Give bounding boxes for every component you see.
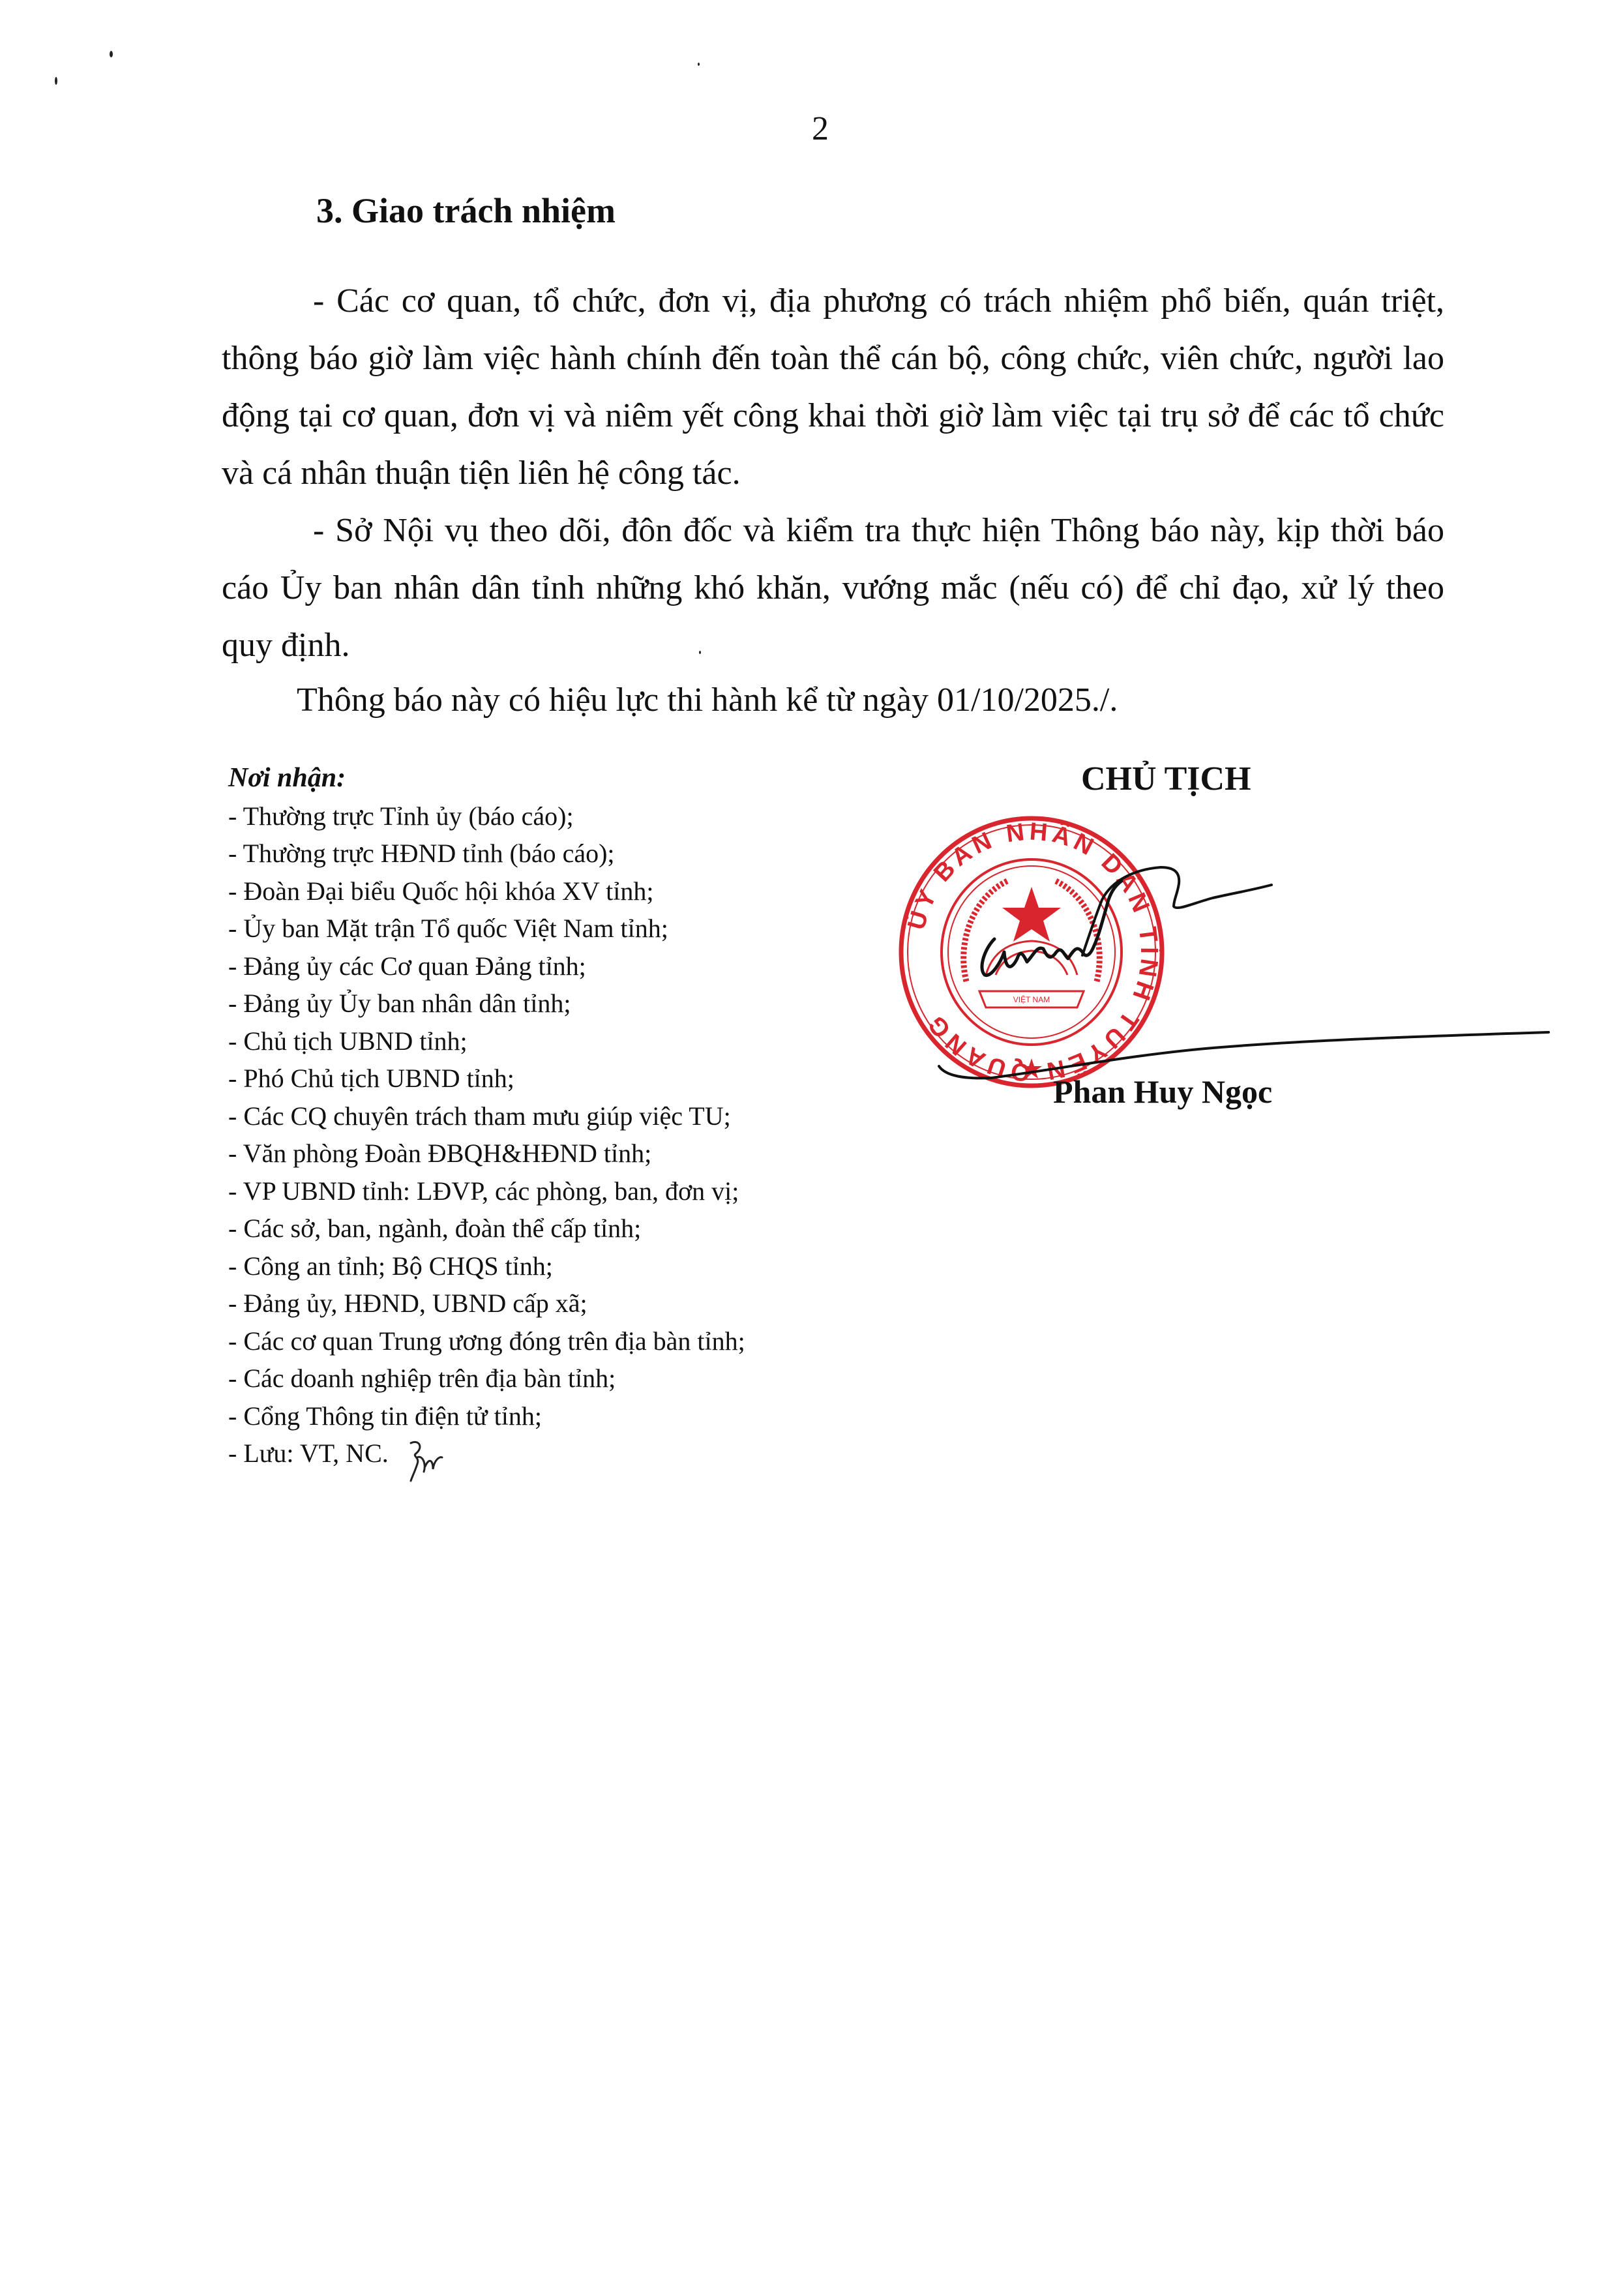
scan-speck [55, 77, 57, 85]
recipient-item: - Cổng Thông tin điện tử tỉnh; [228, 1397, 745, 1435]
recipient-item: - Các cơ quan Trung ương đóng trên địa b… [228, 1322, 745, 1360]
recipient-item: - Công an tỉnh; Bộ CHQS tỉnh; [228, 1247, 745, 1285]
paragraph-text: - Các cơ quan, tổ chức, đơn vị, địa phươ… [222, 273, 1444, 502]
initials-mark [404, 1438, 450, 1483]
recipient-item: - Các sở, ban, ngành, đoàn thể cấp tỉnh; [228, 1210, 745, 1247]
recipient-item: - Đảng ủy các Cơ quan Đảng tỉnh; [228, 947, 745, 985]
recipients-block: Nơi nhận: - Thường trực Tỉnh ủy (báo cáo… [228, 760, 745, 1472]
body-paragraph-home-affairs: - Sở Nội vụ theo dõi, đôn đốc và kiểm tr… [222, 502, 1444, 674]
recipient-item: - Phó Chủ tịch UBND tỉnh; [228, 1060, 745, 1097]
scan-speck [699, 651, 701, 654]
recipients-title: Nơi nhận: [228, 760, 745, 798]
section-heading: 3. Giao trách nhiệm [316, 190, 616, 231]
signature-block: CHỦ TỊCH VIỆT NAM ỦY BAN NHÂN DÂN TỈNH T… [887, 760, 1565, 1151]
body-paragraph-effective-date: Thông báo này có hiệu lực thi hành kể từ… [222, 672, 1444, 729]
recipient-item: - Các CQ chuyên trách tham mưu giúp việc… [228, 1097, 745, 1135]
recipient-item: - VP UBND tỉnh: LĐVP, các phòng, ban, đơ… [228, 1172, 745, 1210]
recipient-item: - Đảng ủy Ủy ban nhân dân tỉnh; [228, 985, 745, 1022]
recipient-item: - Chủ tịch UBND tỉnh; [228, 1022, 745, 1060]
recipient-item: - Đảng ủy, HĐND, UBND cấp xã; [228, 1285, 745, 1322]
paragraph-text: Thông báo này có hiệu lực thi hành kể từ… [222, 672, 1444, 729]
recipients-list: - Thường trực Tỉnh ủy (báo cáo);- Thường… [228, 798, 745, 1472]
recipient-item: - Các doanh nghiệp trên địa bàn tỉnh; [228, 1360, 745, 1397]
recipient-item: - Thường trực Tỉnh ủy (báo cáo); [228, 798, 745, 835]
recipient-item: - Ủy ban Mặt trận Tổ quốc Việt Nam tỉnh; [228, 910, 745, 947]
scan-speck [110, 51, 113, 57]
scan-speck [698, 63, 700, 66]
recipient-item: - Văn phòng Đoàn ĐBQH&HĐND tỉnh; [228, 1135, 745, 1172]
recipient-item: - Thường trực HĐND tỉnh (báo cáo); [228, 835, 745, 872]
page-number: 2 [812, 110, 829, 148]
paragraph-text: - Sở Nội vụ theo dõi, đôn đốc và kiểm tr… [222, 502, 1444, 674]
recipient-item: - Lưu: VT, NC. [228, 1435, 745, 1472]
body-paragraph-responsibilities: - Các cơ quan, tổ chức, đơn vị, địa phươ… [222, 273, 1444, 502]
signer-name: Phan Huy Ngọc [1053, 1073, 1272, 1111]
recipient-item: - Đoàn Đại biểu Quốc hội khóa XV tỉnh; [228, 872, 745, 910]
